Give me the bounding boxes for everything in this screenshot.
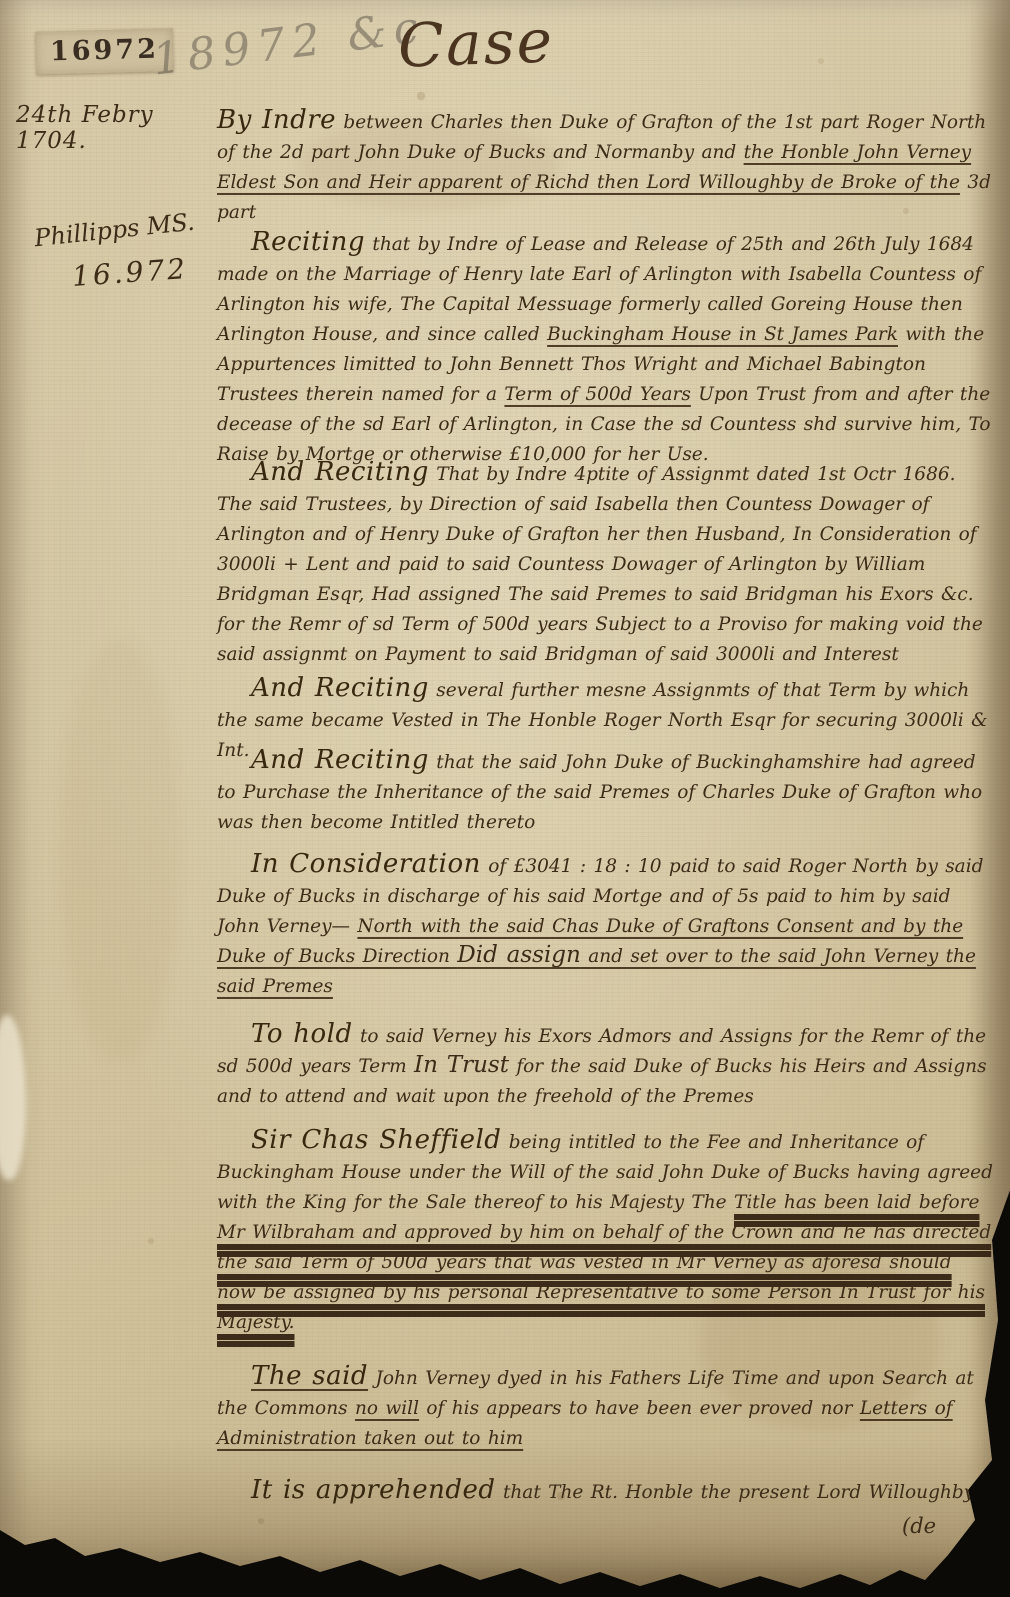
paper-stain — [60, 640, 180, 1060]
text-run-underlined: no will — [355, 1398, 419, 1419]
paragraph-sheffield: Sir Chas Sheffield being intitled to the… — [217, 1128, 993, 1338]
paragraph-apprehended: It is apprehended that The Rt. Honble th… — [217, 1478, 993, 1508]
paragraph-reciting-purchase: And Reciting that the said John Duke of … — [217, 748, 993, 838]
text-run-underlined: Buckingham House in St James Park — [547, 324, 898, 345]
paragraph-lead: And Reciting — [251, 745, 429, 775]
catchword: (de — [902, 1514, 936, 1538]
text-run-emphasis: Did assign — [457, 942, 581, 968]
paragraph-lead: And Reciting — [251, 673, 429, 703]
text-run: That by Indre 4ptite of Assignmt dated 1… — [217, 464, 983, 665]
text-run: of his appears to have been ever proved … — [419, 1398, 860, 1419]
paragraph-verney-death: The said John Verney dyed in his Fathers… — [217, 1364, 993, 1454]
paragraph-reciting-1684: Reciting that by Indre of Lease and Rele… — [217, 230, 993, 470]
margin-date: 24th Febry 1704. — [16, 102, 226, 154]
paragraph-lead: Sir Chas Sheffield — [251, 1125, 501, 1155]
paragraph-lead: In Consideration — [251, 849, 481, 879]
paragraph-tohold: To hold to said Verney his Exors Admors … — [217, 1022, 993, 1112]
paragraph-lead: To hold — [251, 1019, 353, 1049]
manuscript-page: 16972 18972 &c Case 24th Febry 1704. Phi… — [0, 0, 1010, 1597]
paragraph-indenture: By Indre between Charles then Duke of Gr… — [217, 108, 993, 228]
text-run-heavy-underlined: Title has been laid before Mr Wilbraham … — [217, 1192, 991, 1333]
paragraph-lead: It is apprehended — [251, 1475, 496, 1505]
pencil-inscription: 18972 &c — [150, 2, 428, 86]
text-run: that The Rt. Honble the present Lord Wil… — [496, 1482, 975, 1503]
text-run-emphasis: In Trust — [414, 1052, 509, 1078]
paragraph-lead: By Indre — [217, 105, 336, 135]
paragraph-lead: And Reciting — [251, 457, 429, 487]
paragraph-reciting-1686: And Reciting That by Indre 4ptite of Ass… — [217, 460, 993, 670]
page-title: Case — [397, 9, 555, 78]
foxing-spots — [0, 0, 2, 2]
paragraph-lead: The said — [251, 1361, 368, 1391]
text-run-underlined: Term of 500d Years — [504, 384, 690, 405]
margin-collection: Phillipps MS. — [33, 208, 196, 253]
margin-collection-number: 16.972 — [71, 252, 189, 293]
paragraph-lead: Reciting — [251, 227, 365, 257]
manuscript-scan: 16972 18972 &c Case 24th Febry 1704. Phi… — [0, 0, 1010, 1597]
paragraph-consideration: In Consideration of £3041 : 18 : 10 paid… — [217, 852, 993, 1002]
paper-repair-patch — [0, 1015, 26, 1180]
